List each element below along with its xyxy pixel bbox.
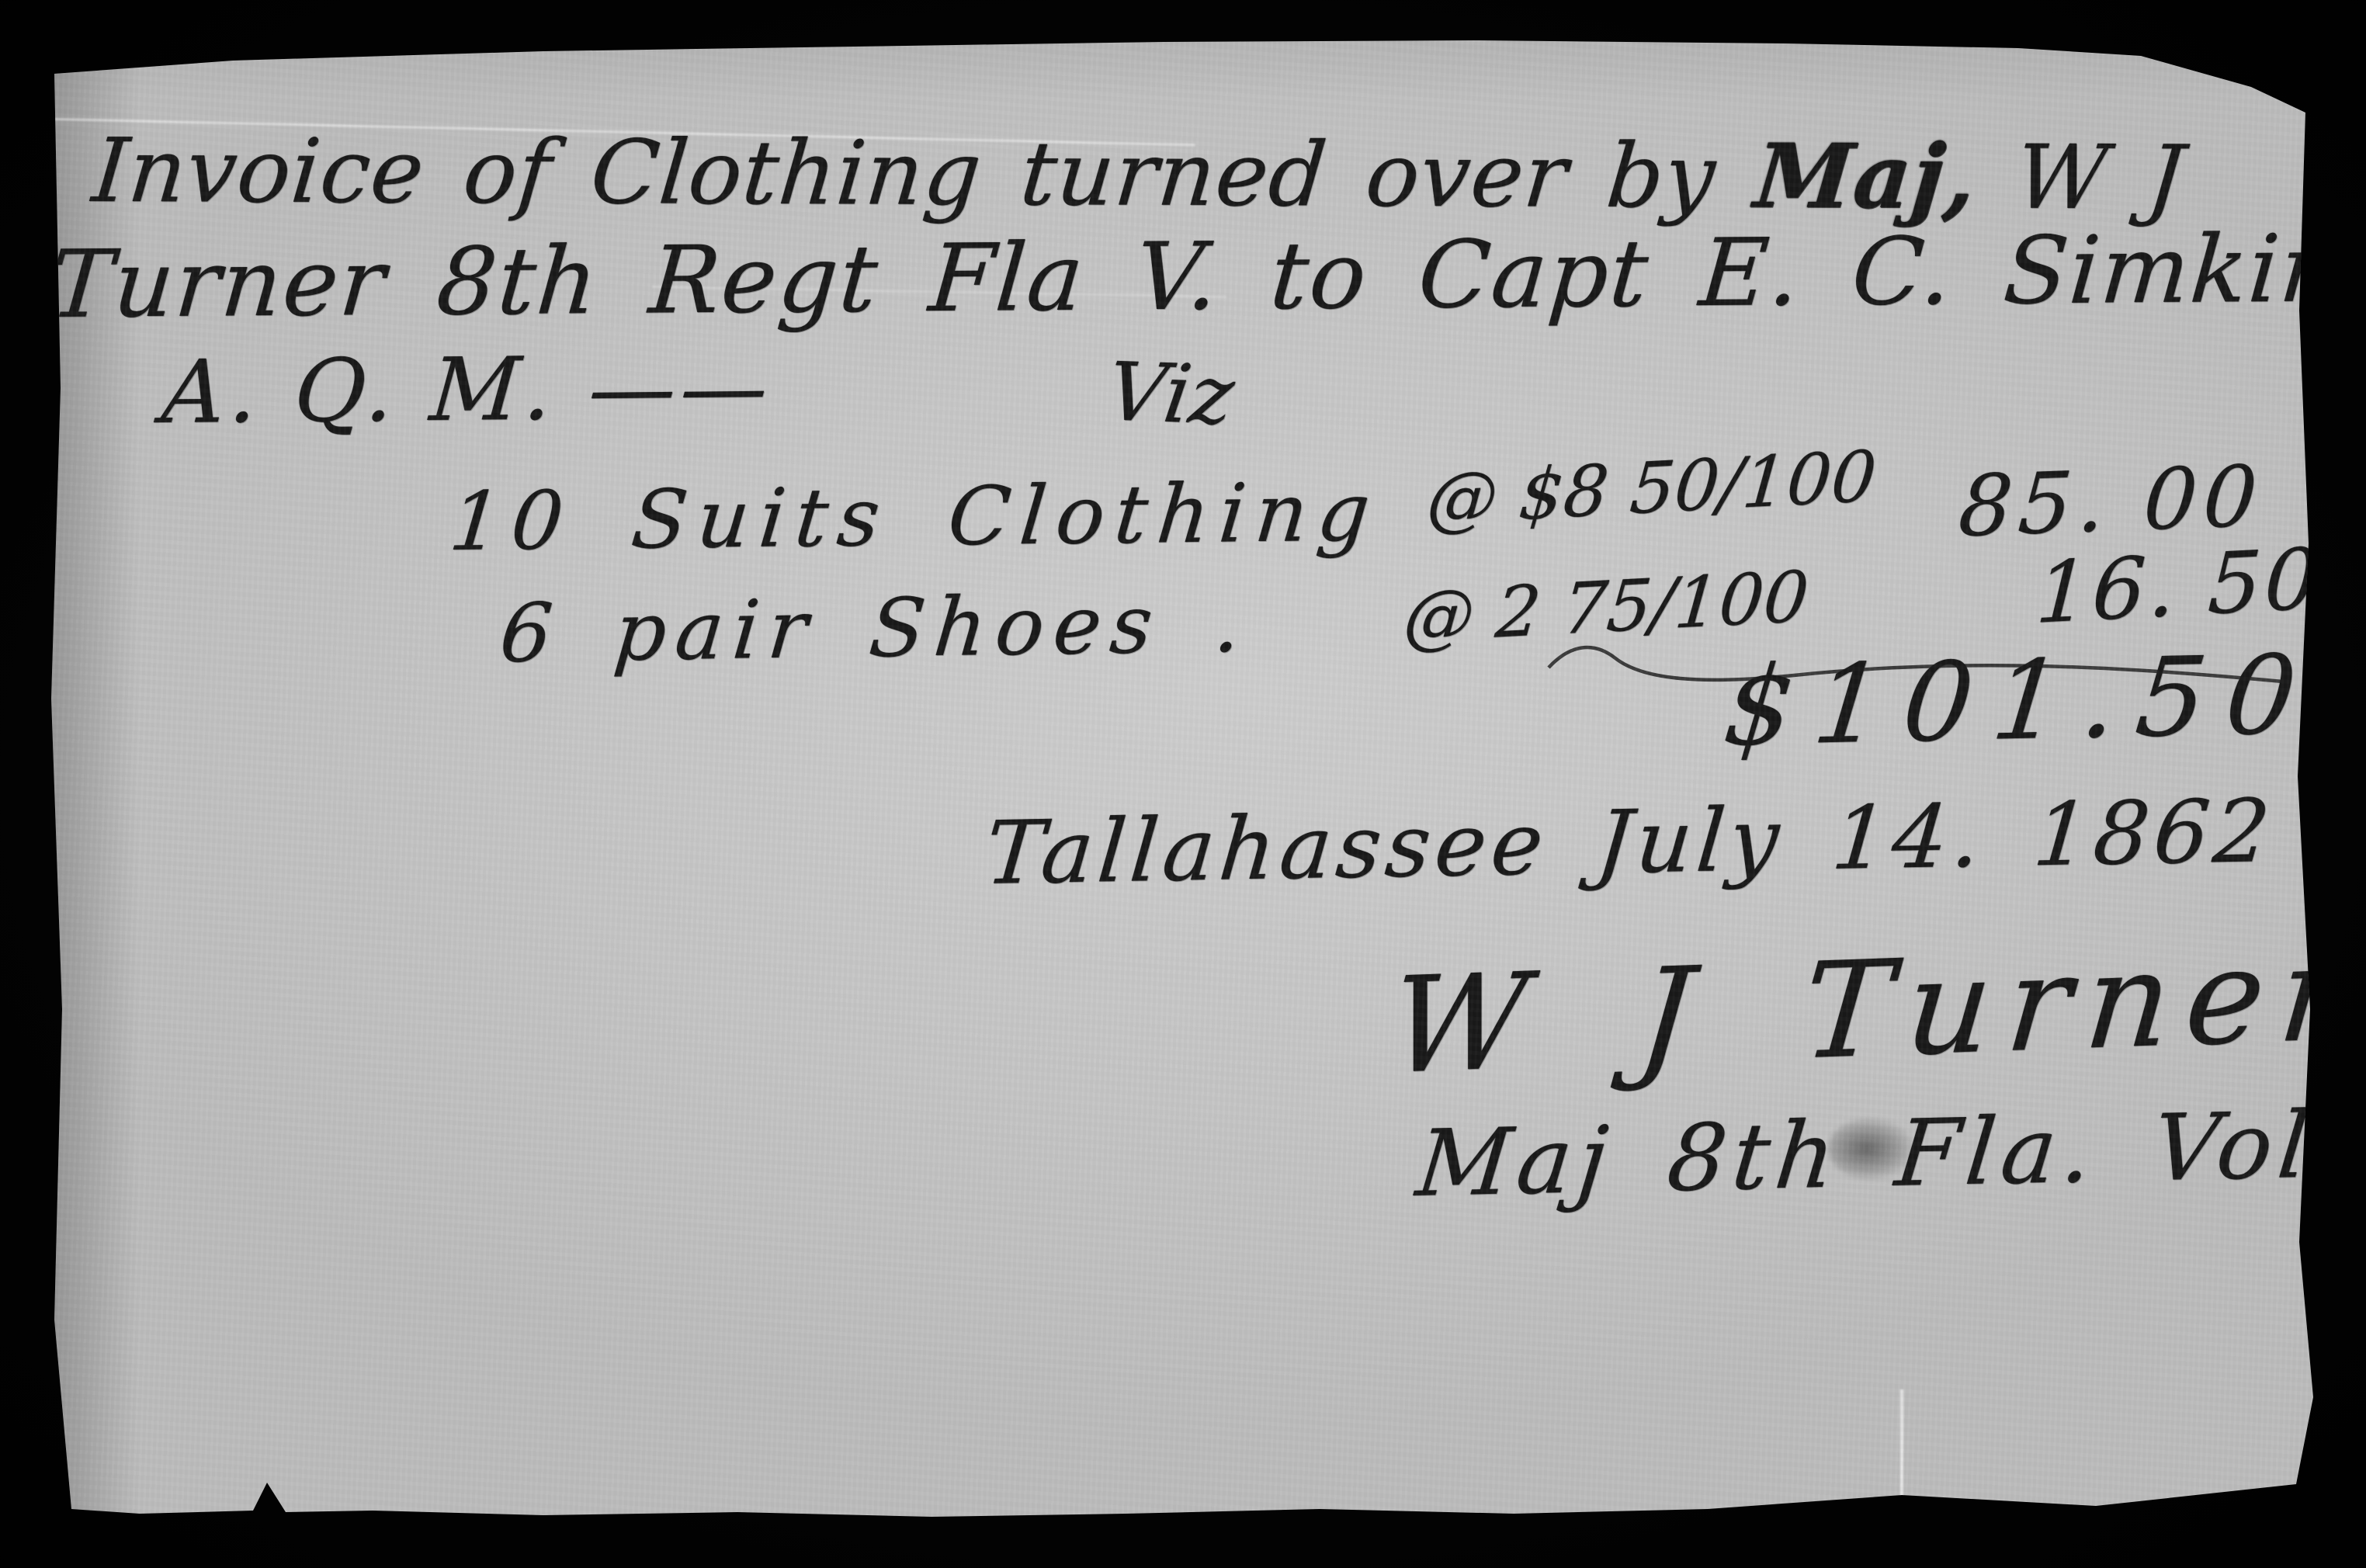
paper-sheet: Invoice of Clothing turned over by Maj, … [0, 0, 2366, 1568]
item-rate: @ $8 50/100 [1424, 442, 1879, 536]
item-quantity: 6 [496, 585, 565, 681]
signature-rank: Maj 8th Fla. Vol [1413, 1099, 2319, 1209]
header-line-2: Turner 8th Regt Fla V. to Capt E. C. Sim… [47, 223, 2366, 332]
header-line-3-aqm: A. Q. M. —— [159, 344, 775, 436]
item-description: Suits Clothing [628, 464, 1384, 567]
total-amount: $101.50 [1719, 641, 2321, 762]
item-amount: 16. 50 [2034, 537, 2323, 637]
header-line-1-initials: W J [1972, 126, 2188, 230]
scratch-mark [1900, 1389, 1903, 1506]
header-line-1: Invoice of Clothing turned over by Maj, … [89, 126, 2188, 222]
place-date-line: Tallahassee July 14. 1862 [982, 788, 2278, 897]
item-quantity-description: 10 Suits Clothing [446, 471, 1383, 562]
viz-mark: Viz [1102, 351, 1239, 435]
header-line-1-text: Invoice of Clothing turned over by [88, 119, 1760, 227]
item-quantity-description: 6 pair Shoes . [497, 582, 1254, 674]
document-scan: Invoice of Clothing turned over by Maj, … [0, 0, 2366, 1568]
item-quantity: 10 [446, 473, 578, 569]
signature-name: W J Turner [1386, 927, 2364, 1093]
item-description: pair Shoes . [610, 575, 1254, 679]
major-abbrev-overwritten: Maj, [1750, 124, 1981, 229]
